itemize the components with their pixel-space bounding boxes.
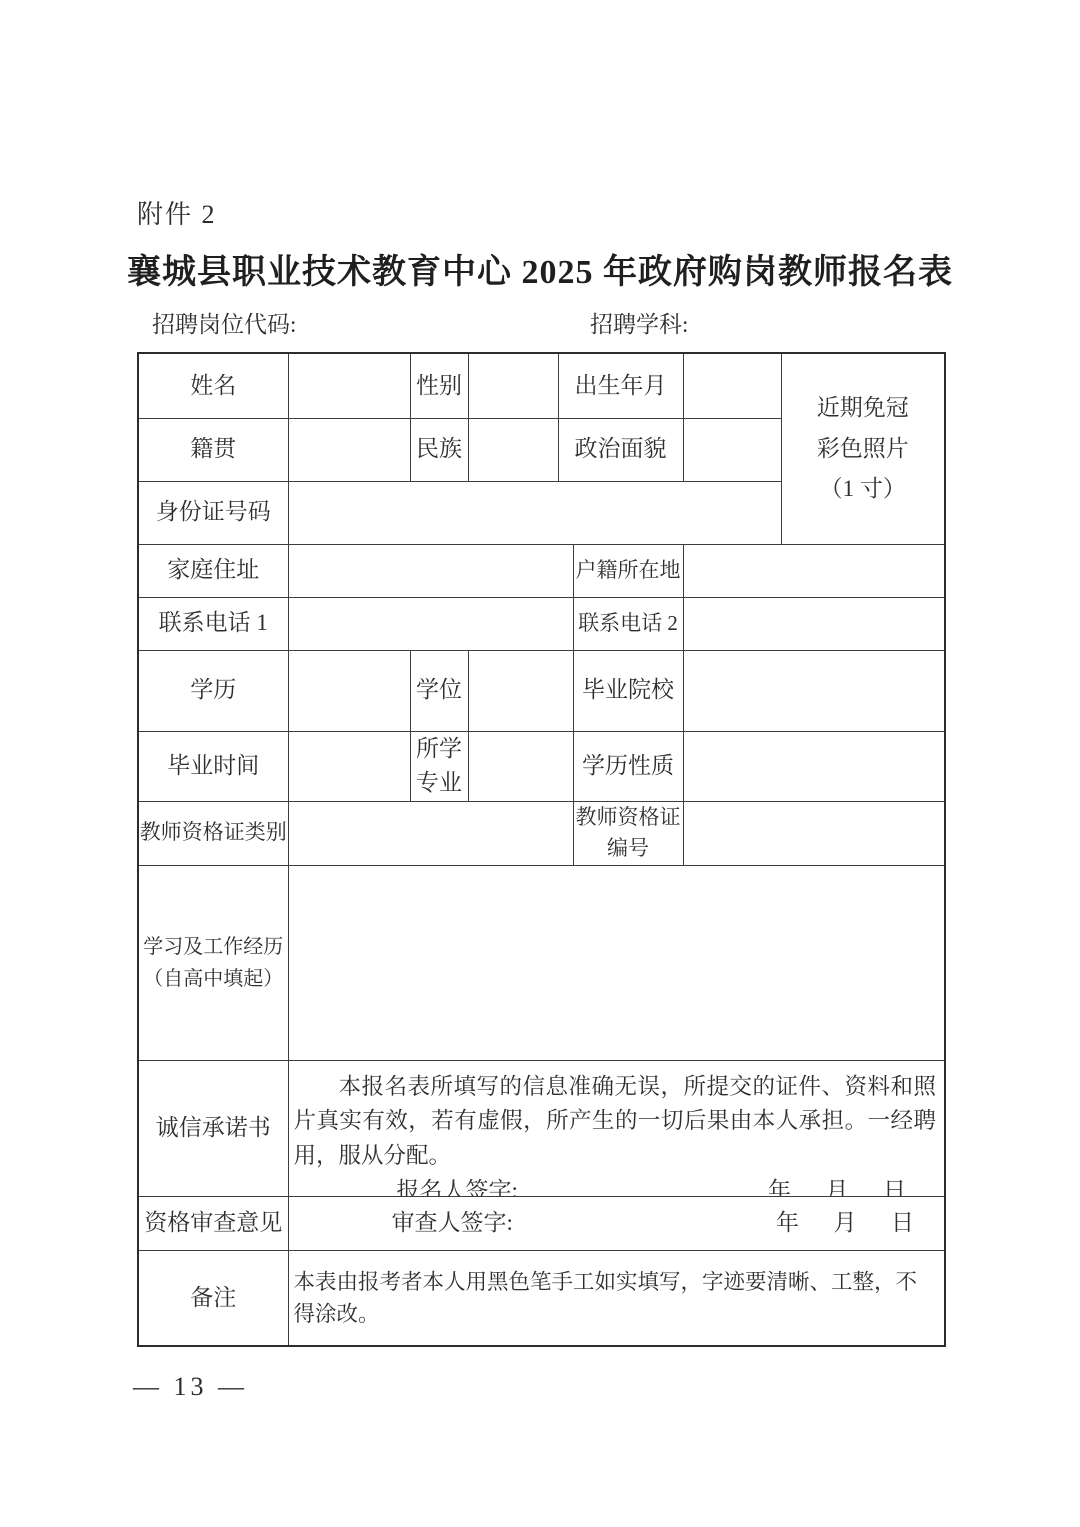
row-integrity-pledge: 诚信承诺书 本报名表所填写的信息准确无误，所提交的证件、资料和照片真实有效，若有… (138, 1060, 945, 1196)
phone1-value-cell (288, 597, 573, 650)
applicant-sign-row: 报名人签字: 年 月 日 (294, 1174, 937, 1196)
row-name: 姓名 性别 出生年月 近期免冠 彩色照片 （1 寸） (138, 353, 945, 418)
pledge-text: 本报名表所填写的信息准确无误，所提交的证件、资料和照片真实有效，若有虚假，所产生… (294, 1070, 937, 1175)
attachment-label: 附件 2 (137, 194, 217, 231)
integrity-content: 本报名表所填写的信息准确无误，所提交的证件、资料和照片真实有效，若有虚假，所产生… (289, 1061, 945, 1195)
graduate-school-value-cell (683, 650, 945, 731)
education-label: 学历 (138, 650, 288, 731)
political-status-label: 政治面貌 (558, 418, 683, 481)
integrity-content-cell: 本报名表所填写的信息准确无误，所提交的证件、资料和照片真实有效，若有虚假，所产生… (288, 1060, 945, 1196)
major-label: 所学 专业 (410, 731, 468, 801)
education-value-cell (288, 650, 410, 731)
row-experience: 学习及工作经历 （自高中填起） (138, 865, 945, 1060)
form-title: 襄城县职业技术教育中心 2025 年政府购岗教师报名表 (0, 244, 1080, 293)
row-teacher-cert: 教师资格证类别 教师资格证 编号 (138, 801, 945, 865)
reviewer-sign-row: 审查人签字: 年 月 日 (289, 1206, 945, 1241)
application-form-table: 姓名 性别 出生年月 近期免冠 彩色照片 （1 寸） 籍贯 民族 政治面貌 身份… (137, 352, 946, 1347)
job-code-label: 招聘岗位代码: (152, 306, 296, 339)
reviewer-sign-label: 审查人签字: (392, 1206, 513, 1241)
experience-value-cell (288, 865, 945, 1060)
birth-date-label: 出生年月 (558, 353, 683, 418)
row-education: 学历 学位 毕业院校 (138, 650, 945, 731)
phone1-label: 联系电话 1 (138, 597, 288, 650)
education-type-value-cell (683, 731, 945, 801)
row-qualification-review: 资格审查意见 审查人签字: 年 月 日 (138, 1196, 945, 1250)
ethnicity-value-cell (468, 418, 558, 481)
reviewer-date-blanks: 年 月 日 (776, 1206, 914, 1241)
remarks-content-cell: 本表由报考者本人用黑色笔手工如实填写，字迹要清晰、工整，不得涂改。 (288, 1250, 945, 1346)
review-content-cell: 审查人签字: 年 月 日 (288, 1196, 945, 1250)
photo-placeholder: 近期免冠 彩色照片 （1 寸） (781, 353, 945, 544)
home-address-value-cell (288, 544, 573, 597)
phone2-label: 联系电话 2 (573, 597, 683, 650)
experience-label: 学习及工作经历 （自高中填起） (138, 865, 288, 1060)
graduation-date-label: 毕业时间 (138, 731, 288, 801)
education-type-label: 学历性质 (573, 731, 683, 801)
home-address-label: 家庭住址 (138, 544, 288, 597)
registered-residence-value-cell (683, 544, 945, 597)
applicant-sign-label: 报名人签字: (397, 1174, 518, 1196)
ethnicity-label: 民族 (410, 418, 468, 481)
row-phones: 联系电话 1 联系电话 2 (138, 597, 945, 650)
graduation-date-value-cell (288, 731, 410, 801)
degree-value-cell (468, 650, 573, 731)
page-number: — 13 — (133, 1372, 248, 1402)
native-place-value-cell (288, 418, 410, 481)
remarks-label: 备注 (138, 1250, 288, 1346)
remarks-text: 本表由报考者本人用黑色笔手工如实填写，字迹要清晰、工整，不得涂改。 (289, 1266, 945, 1331)
graduate-school-label: 毕业院校 (573, 650, 683, 731)
row-address: 家庭住址 户籍所在地 (138, 544, 945, 597)
phone2-value-cell (683, 597, 945, 650)
teacher-cert-type-label: 教师资格证类别 (138, 801, 288, 865)
name-label: 姓名 (138, 353, 288, 418)
political-status-value-cell (683, 418, 781, 481)
degree-label: 学位 (410, 650, 468, 731)
major-value-cell (468, 731, 573, 801)
id-number-label: 身份证号码 (138, 481, 288, 544)
row-remarks: 备注 本表由报考者本人用黑色笔手工如实填写，字迹要清晰、工整，不得涂改。 (138, 1250, 945, 1346)
subject-label: 招聘学科: (590, 306, 688, 339)
native-place-label: 籍贯 (138, 418, 288, 481)
teacher-cert-number-label: 教师资格证 编号 (573, 801, 683, 865)
document-page: 附件 2 襄城县职业技术教育中心 2025 年政府购岗教师报名表 招聘岗位代码:… (0, 0, 1080, 1527)
registered-residence-label: 户籍所在地 (573, 544, 683, 597)
id-number-value-cell (288, 481, 781, 544)
integrity-label: 诚信承诺书 (138, 1060, 288, 1196)
teacher-cert-number-value-cell (683, 801, 945, 865)
gender-label: 性别 (410, 353, 468, 418)
applicant-date-blanks: 年 月 日 (768, 1174, 906, 1196)
name-value-cell (288, 353, 410, 418)
qualification-review-label: 资格审查意见 (138, 1196, 288, 1250)
row-graduation: 毕业时间 所学 专业 学历性质 (138, 731, 945, 801)
teacher-cert-type-value-cell (288, 801, 573, 865)
birth-date-value-cell (683, 353, 781, 418)
gender-value-cell (468, 353, 558, 418)
